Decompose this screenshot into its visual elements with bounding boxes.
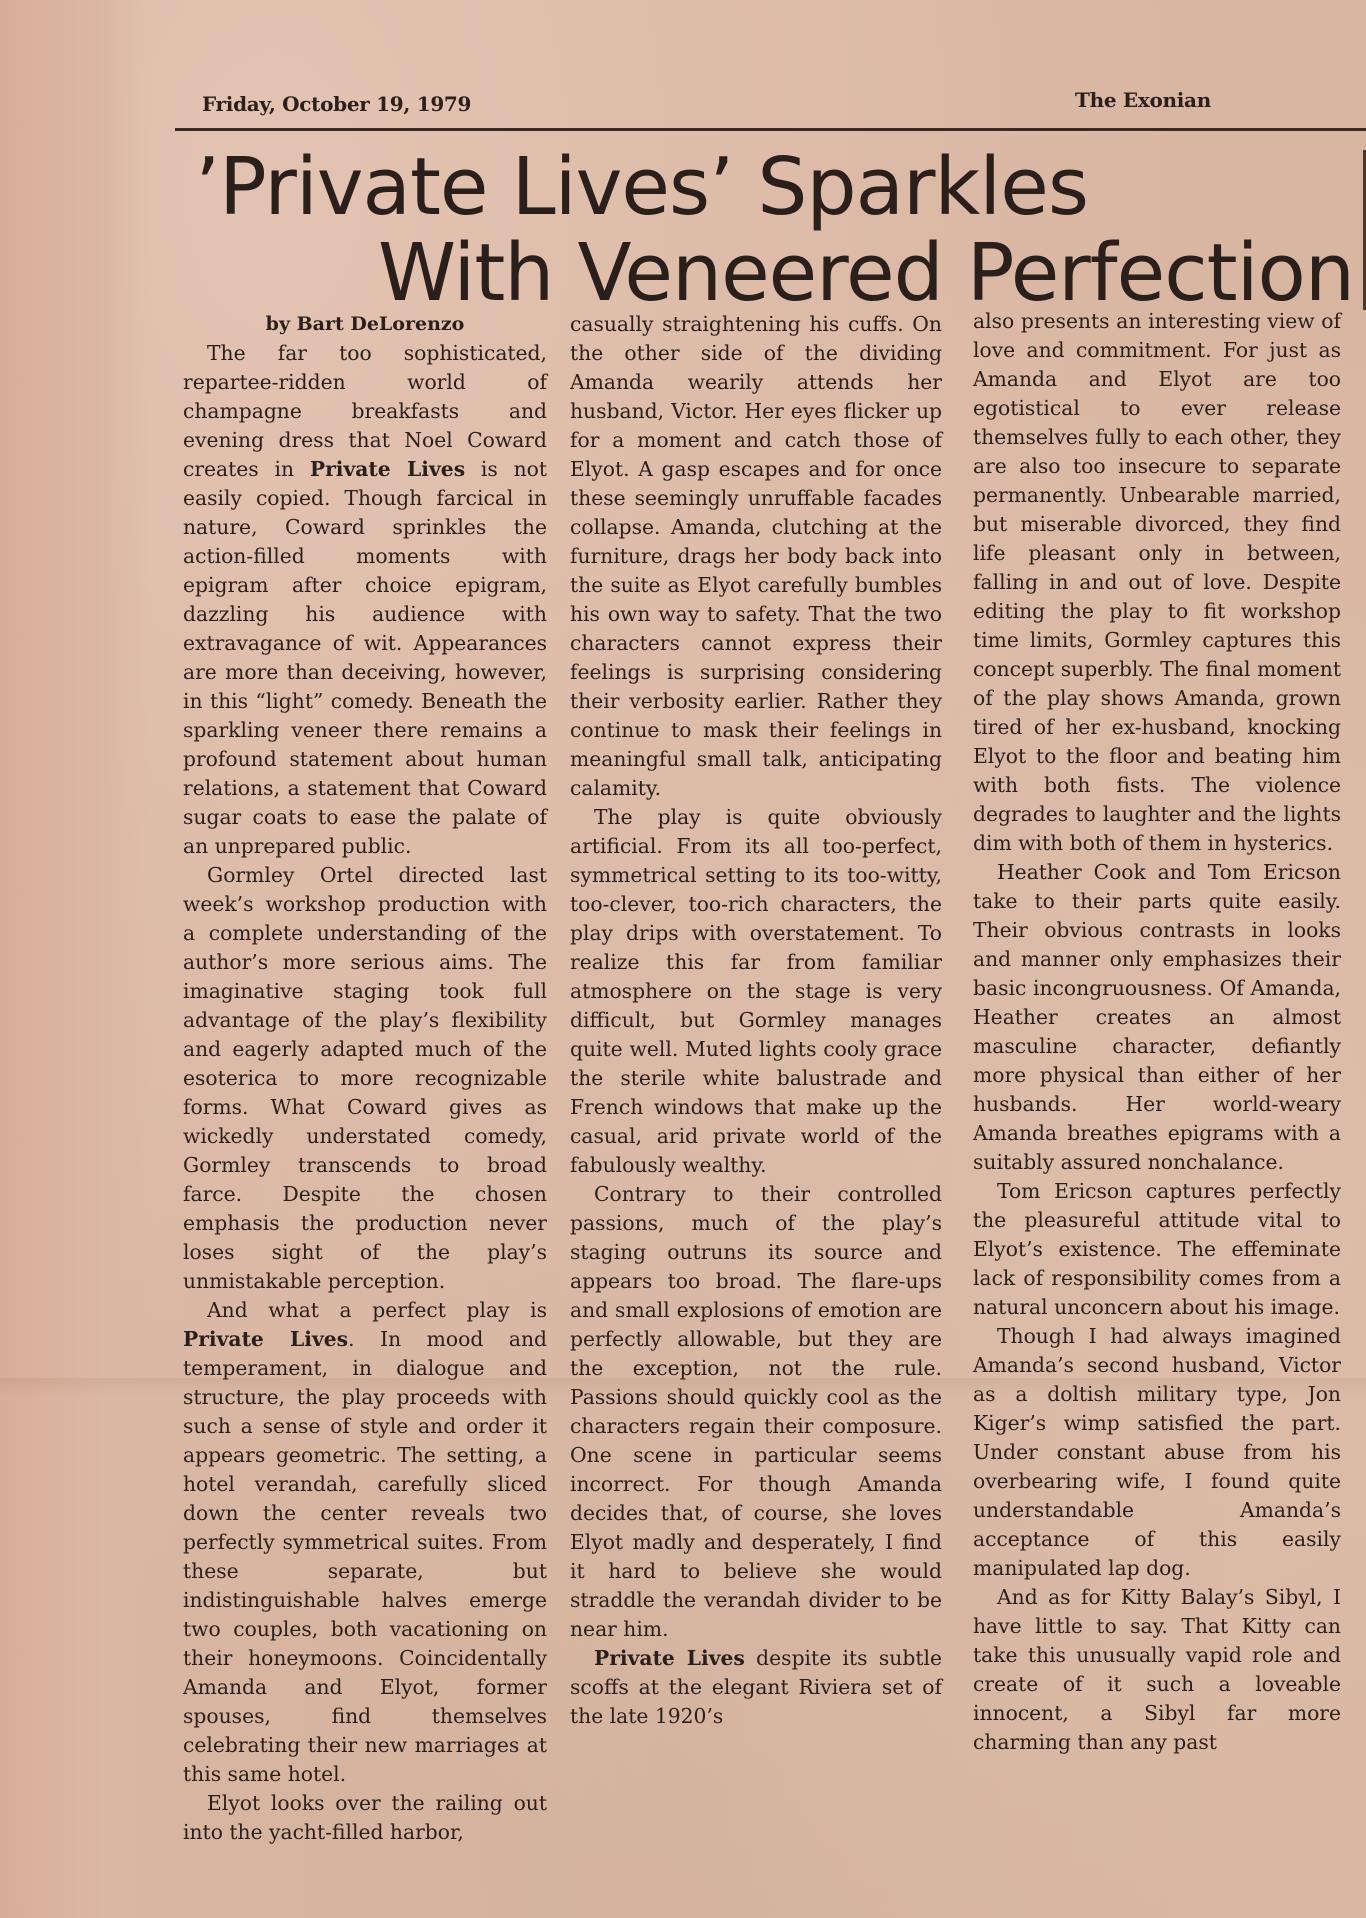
paragraph-text: is not easily copied. Though farcical in…	[183, 457, 547, 858]
paragraph-text: Tom Ericson captures perfectly the pleas…	[973, 1179, 1341, 1319]
paragraph: The play is quite obviously artificial. …	[570, 803, 942, 1180]
paragraph-text: Gormley Ortel directed last week’s works…	[183, 863, 547, 1293]
paragraph-text: Heather Cook and Tom Ericson take to the…	[973, 860, 1341, 1174]
paragraph: Though I had always imagined Amanda’s se…	[973, 1322, 1341, 1583]
paragraph: Heather Cook and Tom Ericson take to the…	[973, 858, 1341, 1177]
article-column-3: also presents an interesting view of lov…	[973, 307, 1341, 1757]
paragraph-text: And as for Kitty Balay’s Sibyl, I have l…	[973, 1585, 1341, 1754]
paragraph: Tom Ericson captures perfectly the pleas…	[973, 1177, 1341, 1322]
newspaper-page: Friday, October 19, 1979 The Exonian ’Pr…	[0, 0, 1366, 1918]
paragraph: And as for Kitty Balay’s Sibyl, I have l…	[973, 1583, 1341, 1757]
paragraph-continued: casually straightening his cuffs. On the…	[570, 310, 942, 803]
article-column-2: casually straightening his cuffs. On the…	[570, 310, 942, 1731]
play-title: Private Lives	[310, 457, 465, 481]
play-title: Private Lives	[594, 1646, 745, 1670]
paragraph: Elyot looks over the railing out into th…	[183, 1789, 547, 1847]
paragraph-text: Elyot looks over the railing out into th…	[183, 1791, 547, 1844]
paragraph: Contrary to their controlled passions, m…	[570, 1180, 942, 1644]
paragraph: Gormley Ortel directed last week’s works…	[183, 861, 547, 1296]
paragraph-text: The play is quite obviously artificial. …	[570, 805, 942, 1177]
paragraph-continued: also presents an interesting view of lov…	[973, 307, 1341, 858]
paper-fold-shadow	[0, 1378, 1366, 1396]
paragraph-text: casually straightening his cuffs. On the…	[570, 312, 942, 800]
byline: by Bart DeLorenzo	[183, 310, 547, 339]
paragraph: And what a perfect play is Private Lives…	[183, 1296, 547, 1789]
play-title: Private Lives	[183, 1327, 348, 1351]
paragraph-text: Though I had always imagined Amanda’s se…	[973, 1324, 1341, 1580]
paragraph-text: Contrary to their controlled passions, m…	[570, 1182, 942, 1641]
paragraph-text: also presents an interesting view of lov…	[973, 309, 1341, 855]
article-column-1: by Bart DeLorenzo The far too sophistica…	[183, 310, 547, 1847]
newspaper-name: The Exonian	[1075, 88, 1211, 112]
headline-line-1: ’Private Lives’ Sparkles	[195, 141, 1088, 233]
paragraph: The far too sophisticated, repartee-ridd…	[183, 339, 547, 861]
paragraph: Private Lives despite its subtle scoffs …	[570, 1644, 942, 1731]
headline-line-2: With Veneered Perfection	[378, 227, 1354, 319]
header-rule	[175, 128, 1366, 131]
issue-date: Friday, October 19, 1979	[202, 92, 471, 116]
paragraph-text: And what a perfect play is	[207, 1298, 547, 1322]
